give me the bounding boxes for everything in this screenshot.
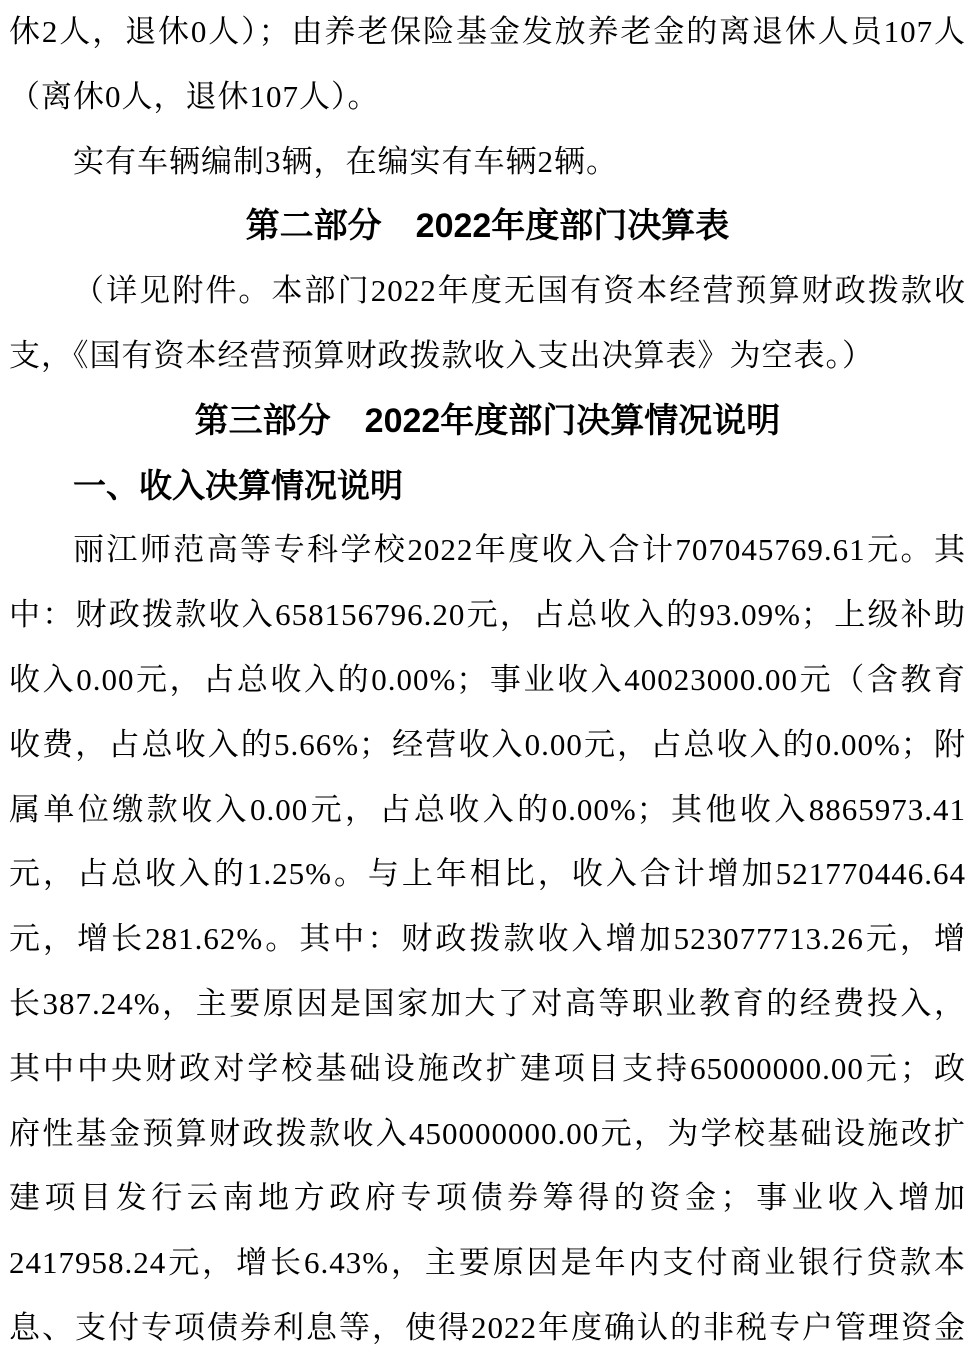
doc-line-income-total: 丽江师范高等专科学校2022年度收入合计707045769.61元。其 — [9, 518, 966, 583]
part3-heading: 第三部分 2022年度部门决算情况说明 — [9, 389, 966, 454]
income-section-heading: 一、收入决算情况说明 — [9, 454, 966, 519]
doc-line-attachment-note-1: （详见附件。本部门2022年度无国有资本经营预算财政拨款收 — [9, 259, 966, 324]
doc-line-retirees-end: （离休0人，退休107人）。 — [9, 65, 966, 130]
document-page: 休2人，退休0人）；由养老保险基金发放养老金的离退休人员107人 （离休0人，退… — [0, 0, 975, 1361]
doc-line-vehicles: 实有车辆编制3辆，在编实有车辆2辆。 — [9, 130, 966, 195]
doc-line-special-bonds: 建项目发行云南地方政府专项债券筹得的资金；事业收入增加 — [9, 1166, 966, 1231]
doc-line-operating-income: 收费，占总收入的5.66%；经营收入0.00元，占总收入的0.00%；附 — [9, 713, 966, 778]
doc-line-fiscal-income: 中：财政拨款收入658156796.20元，占总收入的93.09%；上级补助 — [9, 583, 966, 648]
doc-line-business-income: 收入0.00元，占总收入的0.00%；事业收入40023000.00元（含教育 — [9, 648, 966, 713]
doc-line-growth-rate: 元，增长281.62%。其中：财政拨款收入增加523077713.26元，增 — [9, 907, 966, 972]
doc-line-retirees-carryover: 休2人，退休0人）；由养老保险基金发放养老金的离退休人员107人 — [9, 0, 966, 65]
doc-line-attachment-note-2: 支，《国有资本经营预算财政拨款收入支出决算表》为空表。） — [9, 324, 966, 389]
doc-line-loan-interest: 息、支付专项债券利息等，使得2022年度确认的非税专户管理资金 — [9, 1296, 966, 1361]
part2-heading: 第二部分 2022年度部门决算表 — [9, 194, 966, 259]
doc-line-yoy-increase: 元，占总收入的1.25%。与上年相比，收入合计增加521770446.64 — [9, 842, 966, 907]
doc-line-gov-fund: 府性基金预算财政拨款收入450000000.00元，为学校基础设施改扩 — [9, 1102, 966, 1167]
doc-line-other-income: 属单位缴款收入0.00元，占总收入的0.00%；其他收入8865973.41 — [9, 778, 966, 843]
doc-line-business-growth: 2417958.24元，增长6.43%，主要原因是年内支付商业银行贷款本 — [9, 1231, 966, 1296]
doc-line-growth-reason: 长387.24%，主要原因是国家加大了对高等职业教育的经费投入， — [9, 972, 966, 1037]
doc-line-central-support: 其中中央财政对学校基础设施改扩建项目支持65000000.00元；政 — [9, 1037, 966, 1102]
